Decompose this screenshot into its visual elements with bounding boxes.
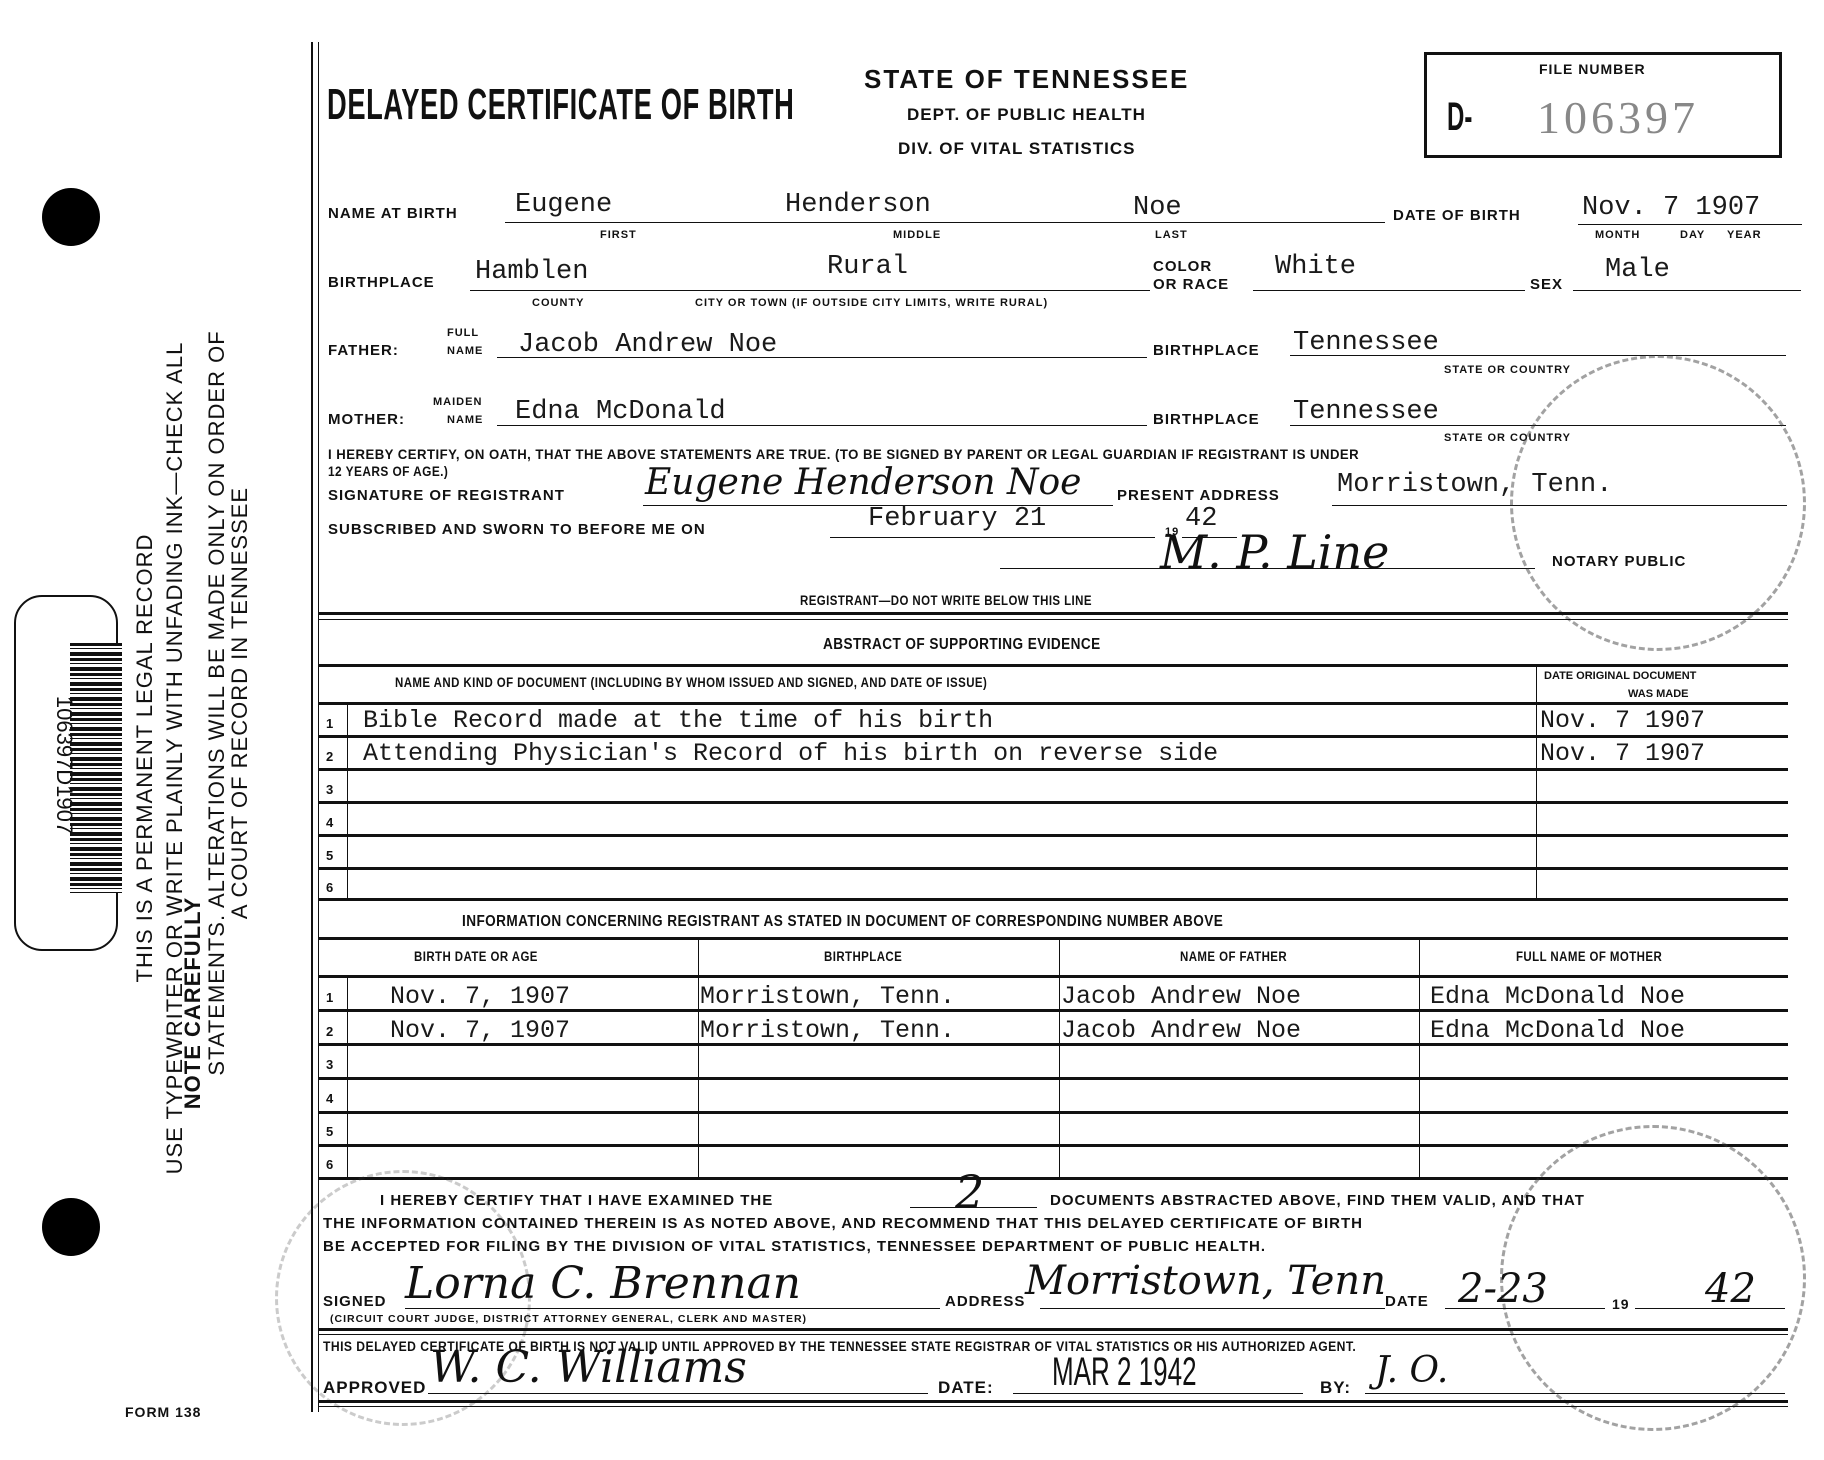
row-number: 2: [326, 749, 333, 764]
barcode-sticker: 106397D1907: [14, 595, 118, 951]
first-caption: FIRST: [600, 229, 637, 241]
document-date: Nov. 7 1907: [1540, 706, 1705, 735]
dob-month-caption: MONTH: [1595, 229, 1640, 241]
registrant-signature: Eugene Henderson Noe: [645, 462, 1081, 503]
middle-name: Henderson: [785, 190, 931, 220]
notary-signature: M. P. Line: [1160, 525, 1389, 579]
state-name: STATE OF TENNESSEE: [864, 64, 1189, 95]
info-num-divider: [347, 975, 348, 1177]
info-mother: Edna McDonald Noe: [1430, 982, 1685, 1011]
race-value: White: [1275, 252, 1356, 282]
abstract-col-date-1: DATE ORIGINAL DOCUMENT: [1544, 670, 1696, 682]
side-notice-line-2: THIS IS A PERMANENT LEGAL RECORD: [132, 458, 158, 1058]
punch-hole-bottom: [42, 1198, 100, 1256]
sworn-label: SUBSCRIBED AND SWORN TO BEFORE ME ON: [328, 521, 706, 538]
county-caption: COUNTY: [532, 297, 584, 309]
approved-by-line: [1365, 1393, 1785, 1394]
dob-line: [1578, 224, 1802, 225]
approved-line: [428, 1393, 928, 1394]
race-label-1: COLOR: [1153, 258, 1212, 275]
side-notice-line-3: USE TYPEWRITER OR WRITE PLAINLY WITH UNF…: [162, 258, 188, 1258]
division-name: DIV. OF VITAL STATISTICS: [898, 139, 1135, 159]
row-number: 6: [326, 1157, 333, 1172]
approved-by-label: BY:: [1320, 1378, 1351, 1398]
city-caption: CITY OR TOWN (IF OUTSIDE CITY LIMITS, WR…: [695, 297, 1048, 309]
info-row-line: [318, 937, 1788, 940]
approved-label: APPROVED: [323, 1378, 426, 1398]
info-mother: Edna McDonald Noe: [1430, 1016, 1685, 1045]
abstract-col-date-2: WAS MADE: [1628, 688, 1689, 700]
info-table: BIRTH DATE OR AGE BIRTHPLACE NAME OF FAT…: [318, 937, 1788, 1177]
row-number: 4: [326, 1091, 333, 1106]
signed-by-signature: Lorna C. Brennan: [405, 1258, 801, 1309]
do-not-write-notice: REGISTRANT—DO NOT WRITE BELOW THIS LINE: [800, 593, 1092, 608]
name-at-birth-label: NAME AT BIRTH: [328, 205, 458, 222]
abstract-row-line: [318, 735, 1788, 738]
father-birthplace-caption: STATE OR COUNTRY: [1444, 364, 1571, 376]
dept-name: DEPT. OF PUBLIC HEALTH: [907, 105, 1146, 125]
abstract-title: ABSTRACT OF SUPPORTING EVIDENCE: [823, 636, 1101, 654]
form-number: FORM 138: [125, 1404, 201, 1420]
signer-address: Morristown, Tenn: [1025, 1258, 1386, 1304]
document-name: Attending Physician's Record of his birt…: [363, 739, 1218, 768]
info-birth: Nov. 7, 1907: [390, 1016, 570, 1045]
mother-name-label-1: MAIDEN: [433, 396, 482, 408]
certificate-title: DELAYED CERTIFICATE OF BIRTH: [327, 80, 794, 130]
signed-label: SIGNED: [323, 1293, 387, 1310]
approval-divider-bottom: [318, 1400, 1788, 1403]
certification-line-1a: I HEREBY CERTIFY THAT I HAVE EXAMINED TH…: [380, 1192, 773, 1209]
row-number: 3: [326, 1057, 333, 1072]
abstract-table: 1 Bible Record made at the time of his b…: [318, 702, 1788, 900]
row-number: 1: [326, 716, 333, 731]
father-name-label-1: FULL: [447, 327, 479, 339]
middle-caption: MIDDLE: [893, 229, 941, 241]
info-col-mother: FULL NAME OF MOTHER: [1516, 949, 1662, 964]
approval-date-label: DATE:: [938, 1378, 994, 1398]
info-place: Morristown, Tenn.: [700, 982, 955, 1011]
info-col-place: BIRTHPLACE: [824, 949, 902, 964]
punch-hole-top: [42, 188, 100, 246]
registrant-signature-label: SIGNATURE OF REGISTRANT: [328, 487, 565, 504]
document-name: Bible Record made at the time of his bir…: [363, 706, 993, 735]
row-number: 1: [326, 990, 333, 1005]
row-number: 4: [326, 815, 333, 830]
info-col-father: NAME OF FATHER: [1180, 949, 1287, 964]
info-col-divider: [1059, 937, 1060, 1177]
signer-address-label: ADDRESS: [945, 1293, 1025, 1310]
side-notice-line-5: A COURT OF RECORD IN TENNESSEE: [227, 378, 253, 1028]
info-father: Jacob Andrew Noe: [1061, 1016, 1301, 1045]
row-number: 5: [326, 1124, 333, 1139]
approved-by-signature: W. C. Williams: [430, 1342, 747, 1393]
approval-divider-top: [318, 1328, 1788, 1331]
notary-seal: [1510, 355, 1806, 651]
info-row-line: [318, 975, 1788, 978]
abstract-header-top: [318, 664, 1788, 667]
file-number-label: FILE NUMBER: [1539, 61, 1646, 77]
abstract-row-line: [318, 834, 1788, 837]
abstract-row-line: [318, 898, 1788, 901]
name-line: [505, 222, 1385, 223]
approved-by-initials: J. O.: [1375, 1350, 1448, 1391]
mother-label: MOTHER:: [328, 411, 405, 428]
date-of-birth: Nov. 7 1907: [1582, 193, 1760, 223]
signed-caption: (CIRCUIT COURT JUDGE, DISTRICT ATTORNEY …: [330, 1313, 807, 1325]
abstract-row-line: [318, 801, 1788, 804]
side-notice: NOTE CAREFULLY THIS IS A PERMANENT LEGAL…: [135, 250, 305, 1250]
father-birthplace: Tennessee: [1293, 328, 1439, 358]
abstract-row-line: [318, 768, 1788, 771]
sworn-date-line: [830, 537, 1155, 538]
document-date: Nov. 7 1907: [1540, 739, 1705, 768]
approval-date: MAR 2 1942: [1052, 1350, 1197, 1395]
certification-line-3: BE ACCEPTED FOR FILING BY THE DIVISION O…: [323, 1238, 1266, 1255]
first-name: Eugene: [515, 190, 612, 220]
section-divider-2: [318, 619, 1788, 620]
info-col-divider: [1419, 937, 1420, 1177]
abstract-row-line: [318, 702, 1788, 705]
info-row-line: [318, 1077, 1788, 1080]
approval-divider-bottom-2: [318, 1406, 1788, 1407]
barcode-number: 106397D1907: [51, 655, 77, 875]
date-of-birth-label: DATE OF BIRTH: [1393, 207, 1521, 224]
barcode-bars: [70, 643, 122, 893]
birth-county: Hamblen: [475, 257, 588, 287]
father-label: FATHER:: [328, 342, 399, 359]
sex-value: Male: [1605, 255, 1670, 285]
certification-line-1b: DOCUMENTS ABSTRACTED ABOVE, FIND THEM VA…: [1050, 1192, 1585, 1209]
dob-year-caption: YEAR: [1727, 229, 1762, 241]
row-number: 2: [326, 1024, 333, 1039]
dob-day-caption: DAY: [1680, 229, 1705, 241]
file-number-box: FILE NUMBER D- 106397: [1424, 52, 1782, 158]
race-line: [1253, 290, 1525, 291]
mother-name-label-2: NAME: [447, 414, 483, 426]
approval-divider-top-2: [318, 1334, 1788, 1335]
sex-line: [1573, 290, 1801, 291]
row-number: 6: [326, 880, 333, 895]
info-title: INFORMATION CONCERNING REGISTRANT AS STA…: [462, 913, 1223, 931]
oath-statement-2: 12 YEARS OF AGE.): [328, 463, 448, 479]
document-count: 2: [955, 1165, 984, 1219]
abstract-row-line: [318, 867, 1788, 870]
birthplace-line: [470, 290, 1150, 291]
info-row-line: [318, 1144, 1788, 1147]
sex-label: SEX: [1530, 276, 1563, 293]
file-number-prefix: D-: [1447, 95, 1472, 140]
last-caption: LAST: [1155, 229, 1188, 241]
cert-year: 42: [1705, 1266, 1756, 1312]
last-name: Noe: [1133, 193, 1182, 223]
row-number: 5: [326, 848, 333, 863]
mother-birthplace-label: BIRTHPLACE: [1153, 411, 1260, 428]
present-address-label: PRESENT ADDRESS: [1117, 487, 1280, 504]
info-father: Jacob Andrew Noe: [1061, 982, 1301, 1011]
father-name: Jacob Andrew Noe: [518, 330, 777, 360]
oath-statement-1: I HEREBY CERTIFY, ON OATH, THAT THE ABOV…: [328, 446, 1359, 462]
father-birthplace-label: BIRTHPLACE: [1153, 342, 1260, 359]
sworn-date: February 21: [868, 504, 1046, 534]
info-col-divider: [698, 937, 699, 1177]
father-name-label-2: NAME: [447, 345, 483, 357]
signer-address-line: [1040, 1308, 1385, 1309]
info-col-birth: BIRTH DATE OR AGE: [414, 949, 538, 964]
file-number-value: 106397: [1537, 91, 1699, 144]
cert-year-prefix: 19: [1612, 1296, 1630, 1312]
certification-line-2: THE INFORMATION CONTAINED THEREIN IS AS …: [323, 1215, 1363, 1232]
cert-date-label: DATE: [1385, 1293, 1429, 1310]
race-label-2: OR RACE: [1153, 276, 1229, 293]
info-birth: Nov. 7, 1907: [390, 982, 570, 1011]
birth-city: Rural: [827, 252, 908, 282]
mother-birthplace: Tennessee: [1293, 397, 1439, 427]
cert-date: 2-23: [1458, 1266, 1548, 1312]
abstract-col-doc: NAME AND KIND OF DOCUMENT (INCLUDING BY …: [395, 675, 987, 690]
info-place: Morristown, Tenn.: [700, 1016, 955, 1045]
info-row-line: [318, 1111, 1788, 1114]
birthplace-label: BIRTHPLACE: [328, 274, 435, 291]
section-divider: [318, 612, 1788, 615]
mother-name: Edna McDonald: [515, 397, 726, 427]
row-number: 3: [326, 782, 333, 797]
